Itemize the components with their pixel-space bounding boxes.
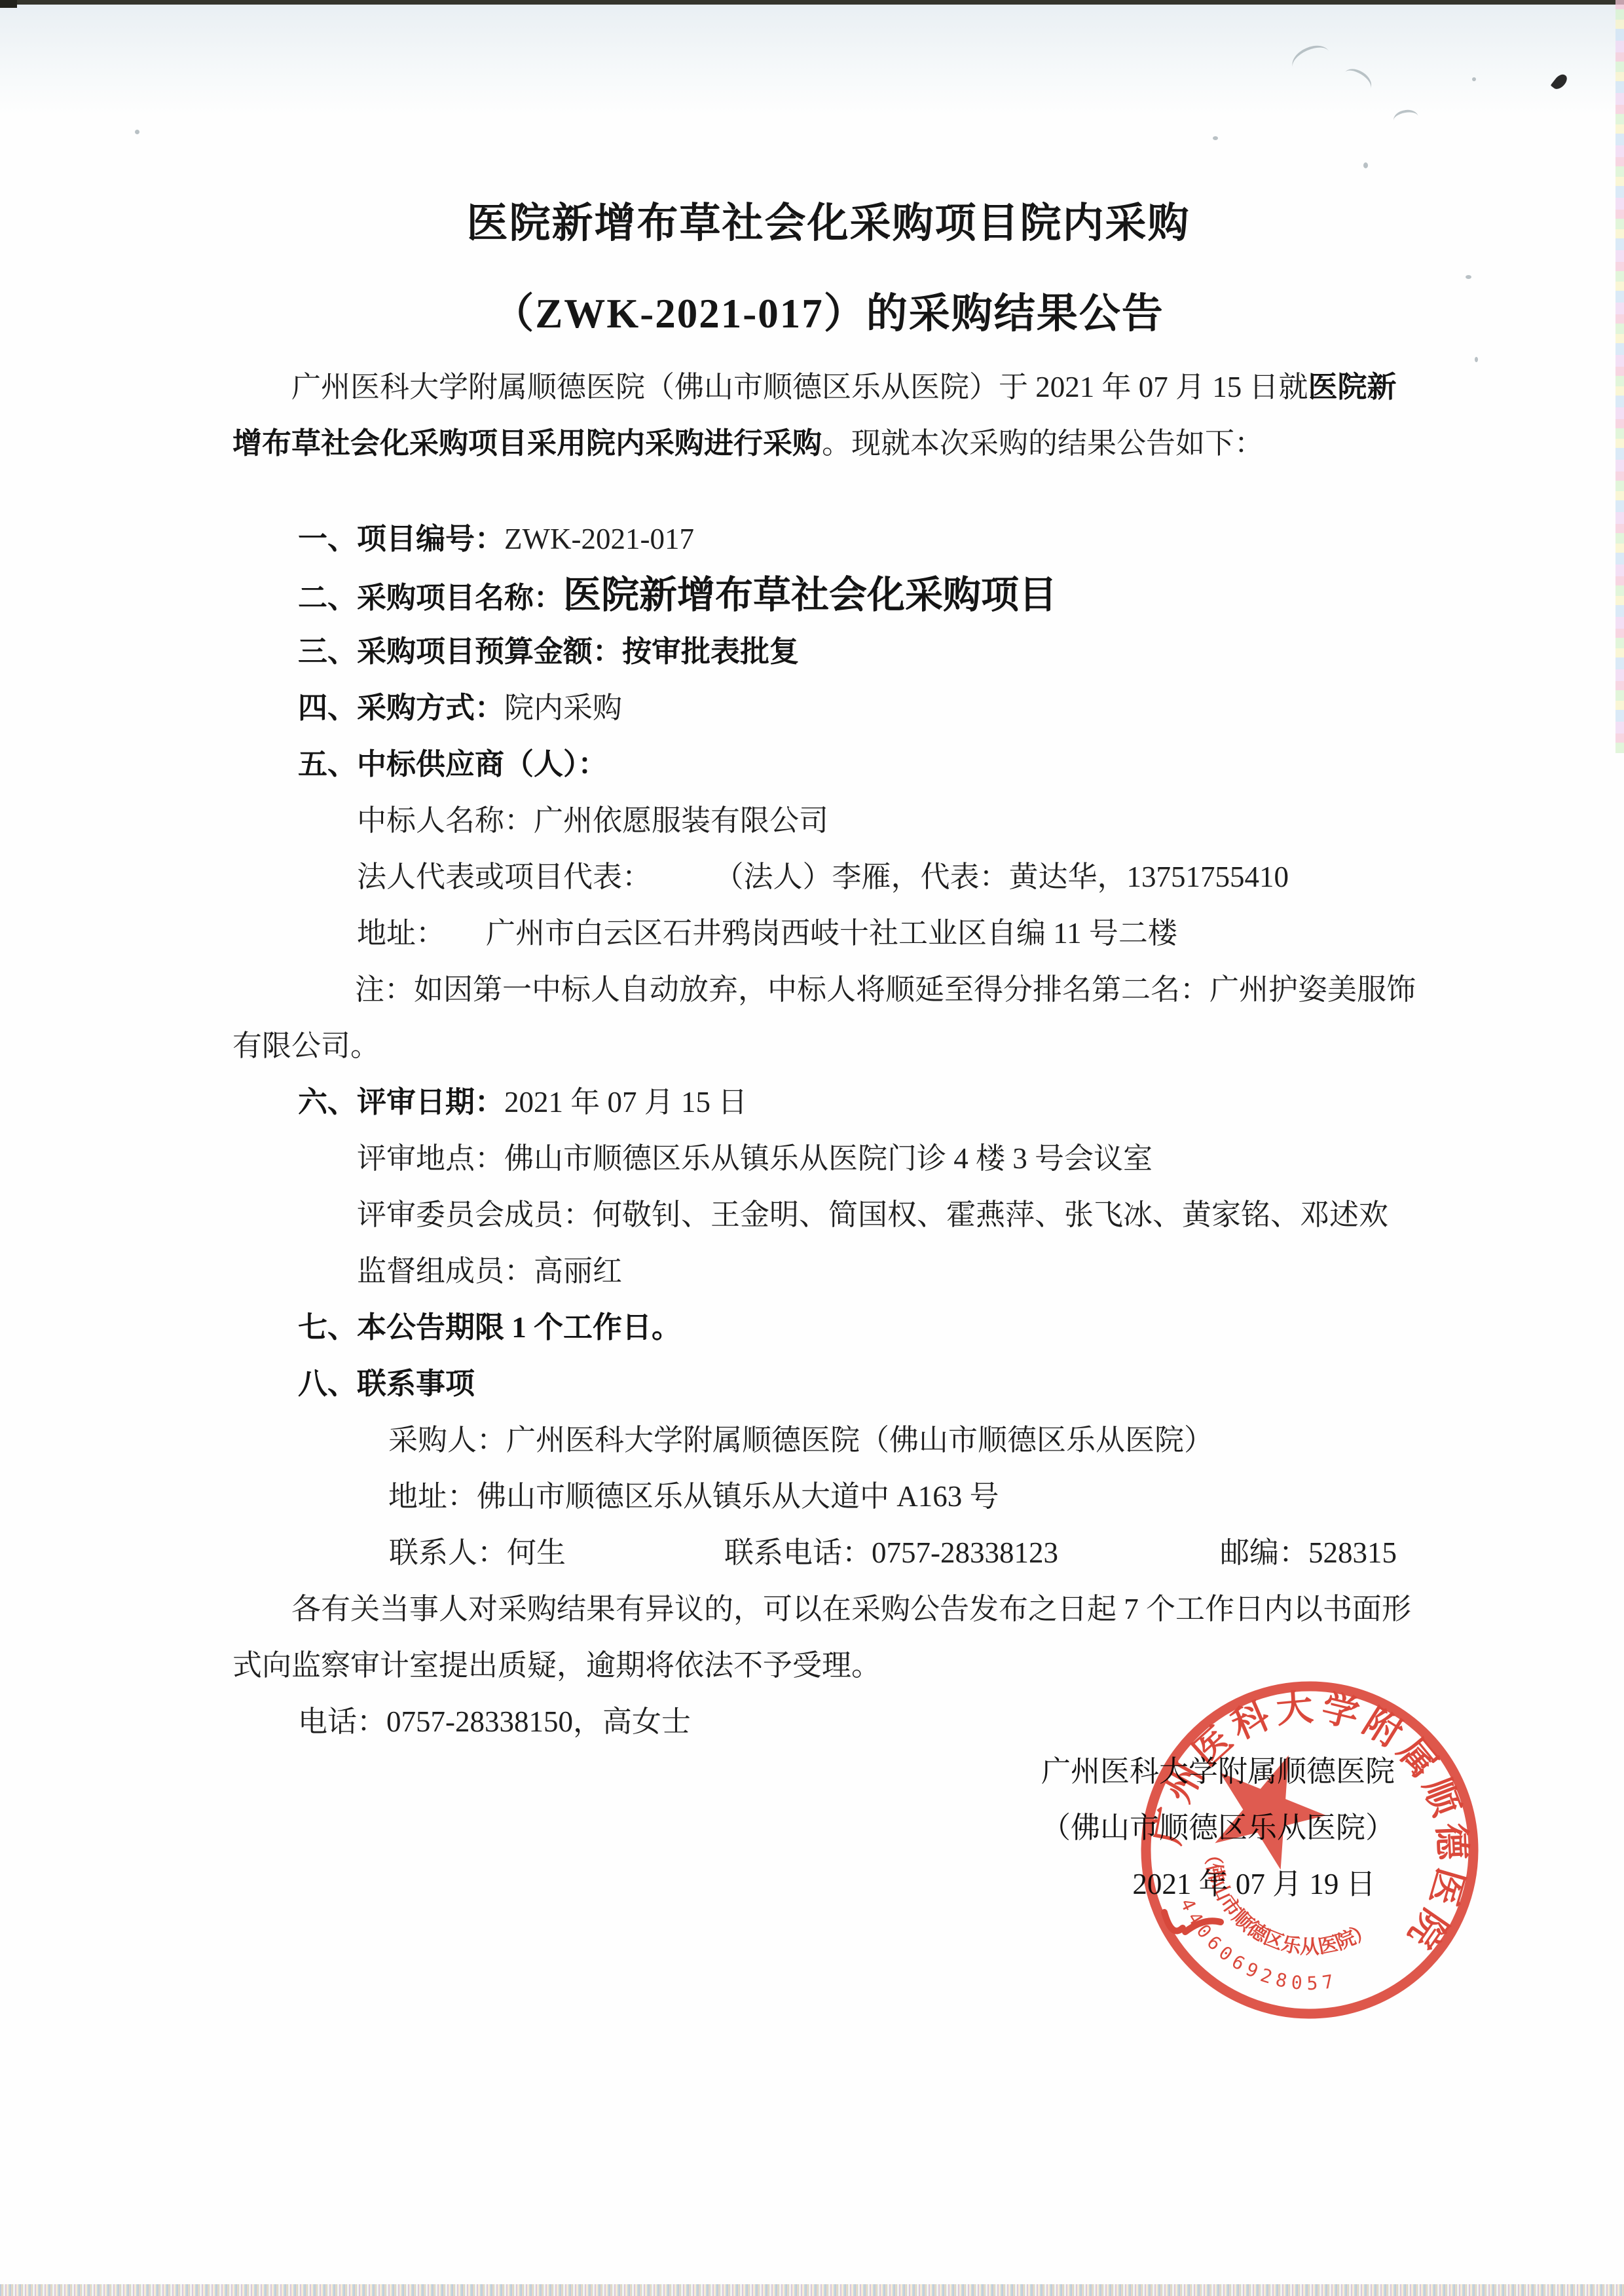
seal-rotated-group: 广州医科大学附属顺德医院 （佛山市顺德区乐从医院） 440606928057	[1097, 1650, 1523, 2056]
page-title: 医院新增布草社会化采购项目院内采购 （ZWK-2021-017）的采购结果公告	[232, 178, 1424, 359]
buyer-address-line: 地址：佛山市顺德区乐从镇乐从大道中 A163 号	[232, 1468, 1424, 1525]
scan-corner-mark	[0, 0, 17, 8]
dust-speck	[1472, 77, 1476, 81]
official-seal-stamp: 广州医科大学附属顺德医院 （佛山市顺德区乐从医院） 440606928057	[1087, 1650, 1545, 2056]
item-3-label: 三、采购项目预算金额：	[298, 635, 622, 668]
item-1-label: 一、项目编号：	[298, 523, 504, 555]
dust-speck	[1466, 275, 1471, 279]
winner-rep-line: 法人代表或项目代表：（法人）李雁，代表：黄达华，13751755410	[232, 849, 1424, 905]
contact-phone: 联系电话：0757-28338123	[724, 1525, 1058, 1581]
item-6-value: 2021 年 07 月 15 日	[504, 1086, 747, 1119]
winner-name-line: 中标人名称：广州依愿服装有限公司	[232, 792, 1424, 849]
item-list: 一、项目编号：ZWK-2021-017 二、采购项目名称：医院新增布草社会化采购…	[232, 511, 1424, 1581]
scan-bottom-edge-noise	[0, 2284, 1624, 2296]
winner-address-label: 地址：	[357, 917, 445, 950]
contact-person: 联系人：何生	[389, 1525, 566, 1581]
winner-name-label: 中标人名称：	[357, 804, 534, 837]
item-method: 四、采购方式：院内采购	[232, 680, 1424, 736]
review-committee-line: 评审委员会成员：何敬钊、王金明、简国权、霍燕萍、张飞冰、黄家铭、邓述欢	[232, 1187, 1424, 1243]
intro-post: 。现就本次采购的结果公告如下：	[822, 427, 1264, 460]
review-supervisor-line: 监督组成员：高丽红	[232, 1243, 1424, 1299]
winner-address-line: 地址：广州市白云区石井鸦岗西岐十社工业区自编 11 号二楼	[232, 905, 1424, 961]
item-project-number: 一、项目编号：ZWK-2021-017	[232, 511, 1424, 567]
intro-paragraph: 广州医科大学附属顺德医院（佛山市顺德区乐从医院）于 2021 年 07 月 15…	[232, 359, 1424, 472]
scanned-document-page: 医院新增布草社会化采购项目院内采购 （ZWK-2021-017）的采购结果公告 …	[0, 0, 1624, 2296]
title-line-2: （ZWK-2021-017）的采购结果公告	[232, 268, 1424, 359]
review-place-line: 评审地点：佛山市顺德区乐从镇乐从医院门诊 4 楼 3 号会议室	[232, 1130, 1424, 1187]
contact-postcode: 邮编：528315	[1220, 1525, 1397, 1581]
item-2-value: 医院新增布草社会化采购项目	[563, 574, 1057, 616]
item-review-date: 六、评审日期：2021 年 07 月 15 日	[232, 1074, 1424, 1130]
item-project-name: 二、采购项目名称：医院新增布草社会化采购项目	[232, 567, 1424, 623]
item-4-label: 四、采购方式：	[298, 692, 504, 724]
buyer-line: 采购人：广州医科大学附属顺德医院（佛山市顺德区乐从医院）	[232, 1412, 1424, 1468]
item-validity-period: 七、本公告期限 1 个工作日。	[232, 1299, 1424, 1356]
announcement-body: 医院新增布草社会化采购项目院内采购 （ZWK-2021-017）的采购结果公告 …	[232, 0, 1424, 1750]
scan-right-edge-noise	[1615, 0, 1624, 753]
winner-address-value: 广州市白云区石井鸦岗西岐十社工业区自编 11 号二楼	[486, 917, 1177, 950]
intro-pre: 广州医科大学附属顺德医院（佛山市顺德区乐从医院）于 2021 年 07 月 15…	[291, 371, 1308, 403]
winner-name-value: 广州依愿服装有限公司	[534, 804, 828, 837]
item-1-value: ZWK-2021-017	[504, 523, 694, 555]
winner-rep-value: （法人）李雁，代表：黄达华，13751755410	[729, 861, 1289, 893]
contact-row: 联系人：何生 联系电话：0757-28338123 邮编：528315	[232, 1525, 1424, 1581]
item-winner-heading: 五、中标供应商（人）：	[232, 736, 1424, 792]
winner-note: 注：如因第一中标人自动放弃，中标人将顺延至得分排名第二名：广州护姿美服饰有限公司…	[232, 961, 1424, 1074]
item-6-label: 六、评审日期：	[298, 1086, 504, 1119]
winner-rep-label: 法人代表或项目代表：	[357, 861, 652, 893]
item-contact-heading: 八、联系事项	[232, 1356, 1424, 1412]
item-4-value: 院内采购	[504, 692, 622, 724]
item-5-label: 五、中标供应商（人）：	[298, 748, 608, 781]
item-2-label: 二、采购项目名称：	[298, 582, 563, 614]
title-line-1: 医院新增布草社会化采购项目院内采购	[232, 178, 1424, 268]
item-3-value: 按审批表批复	[622, 635, 799, 668]
item-budget: 三、采购项目预算金额：按审批表批复	[232, 623, 1424, 680]
dust-speck	[1475, 357, 1478, 362]
dust-speck	[135, 130, 139, 134]
